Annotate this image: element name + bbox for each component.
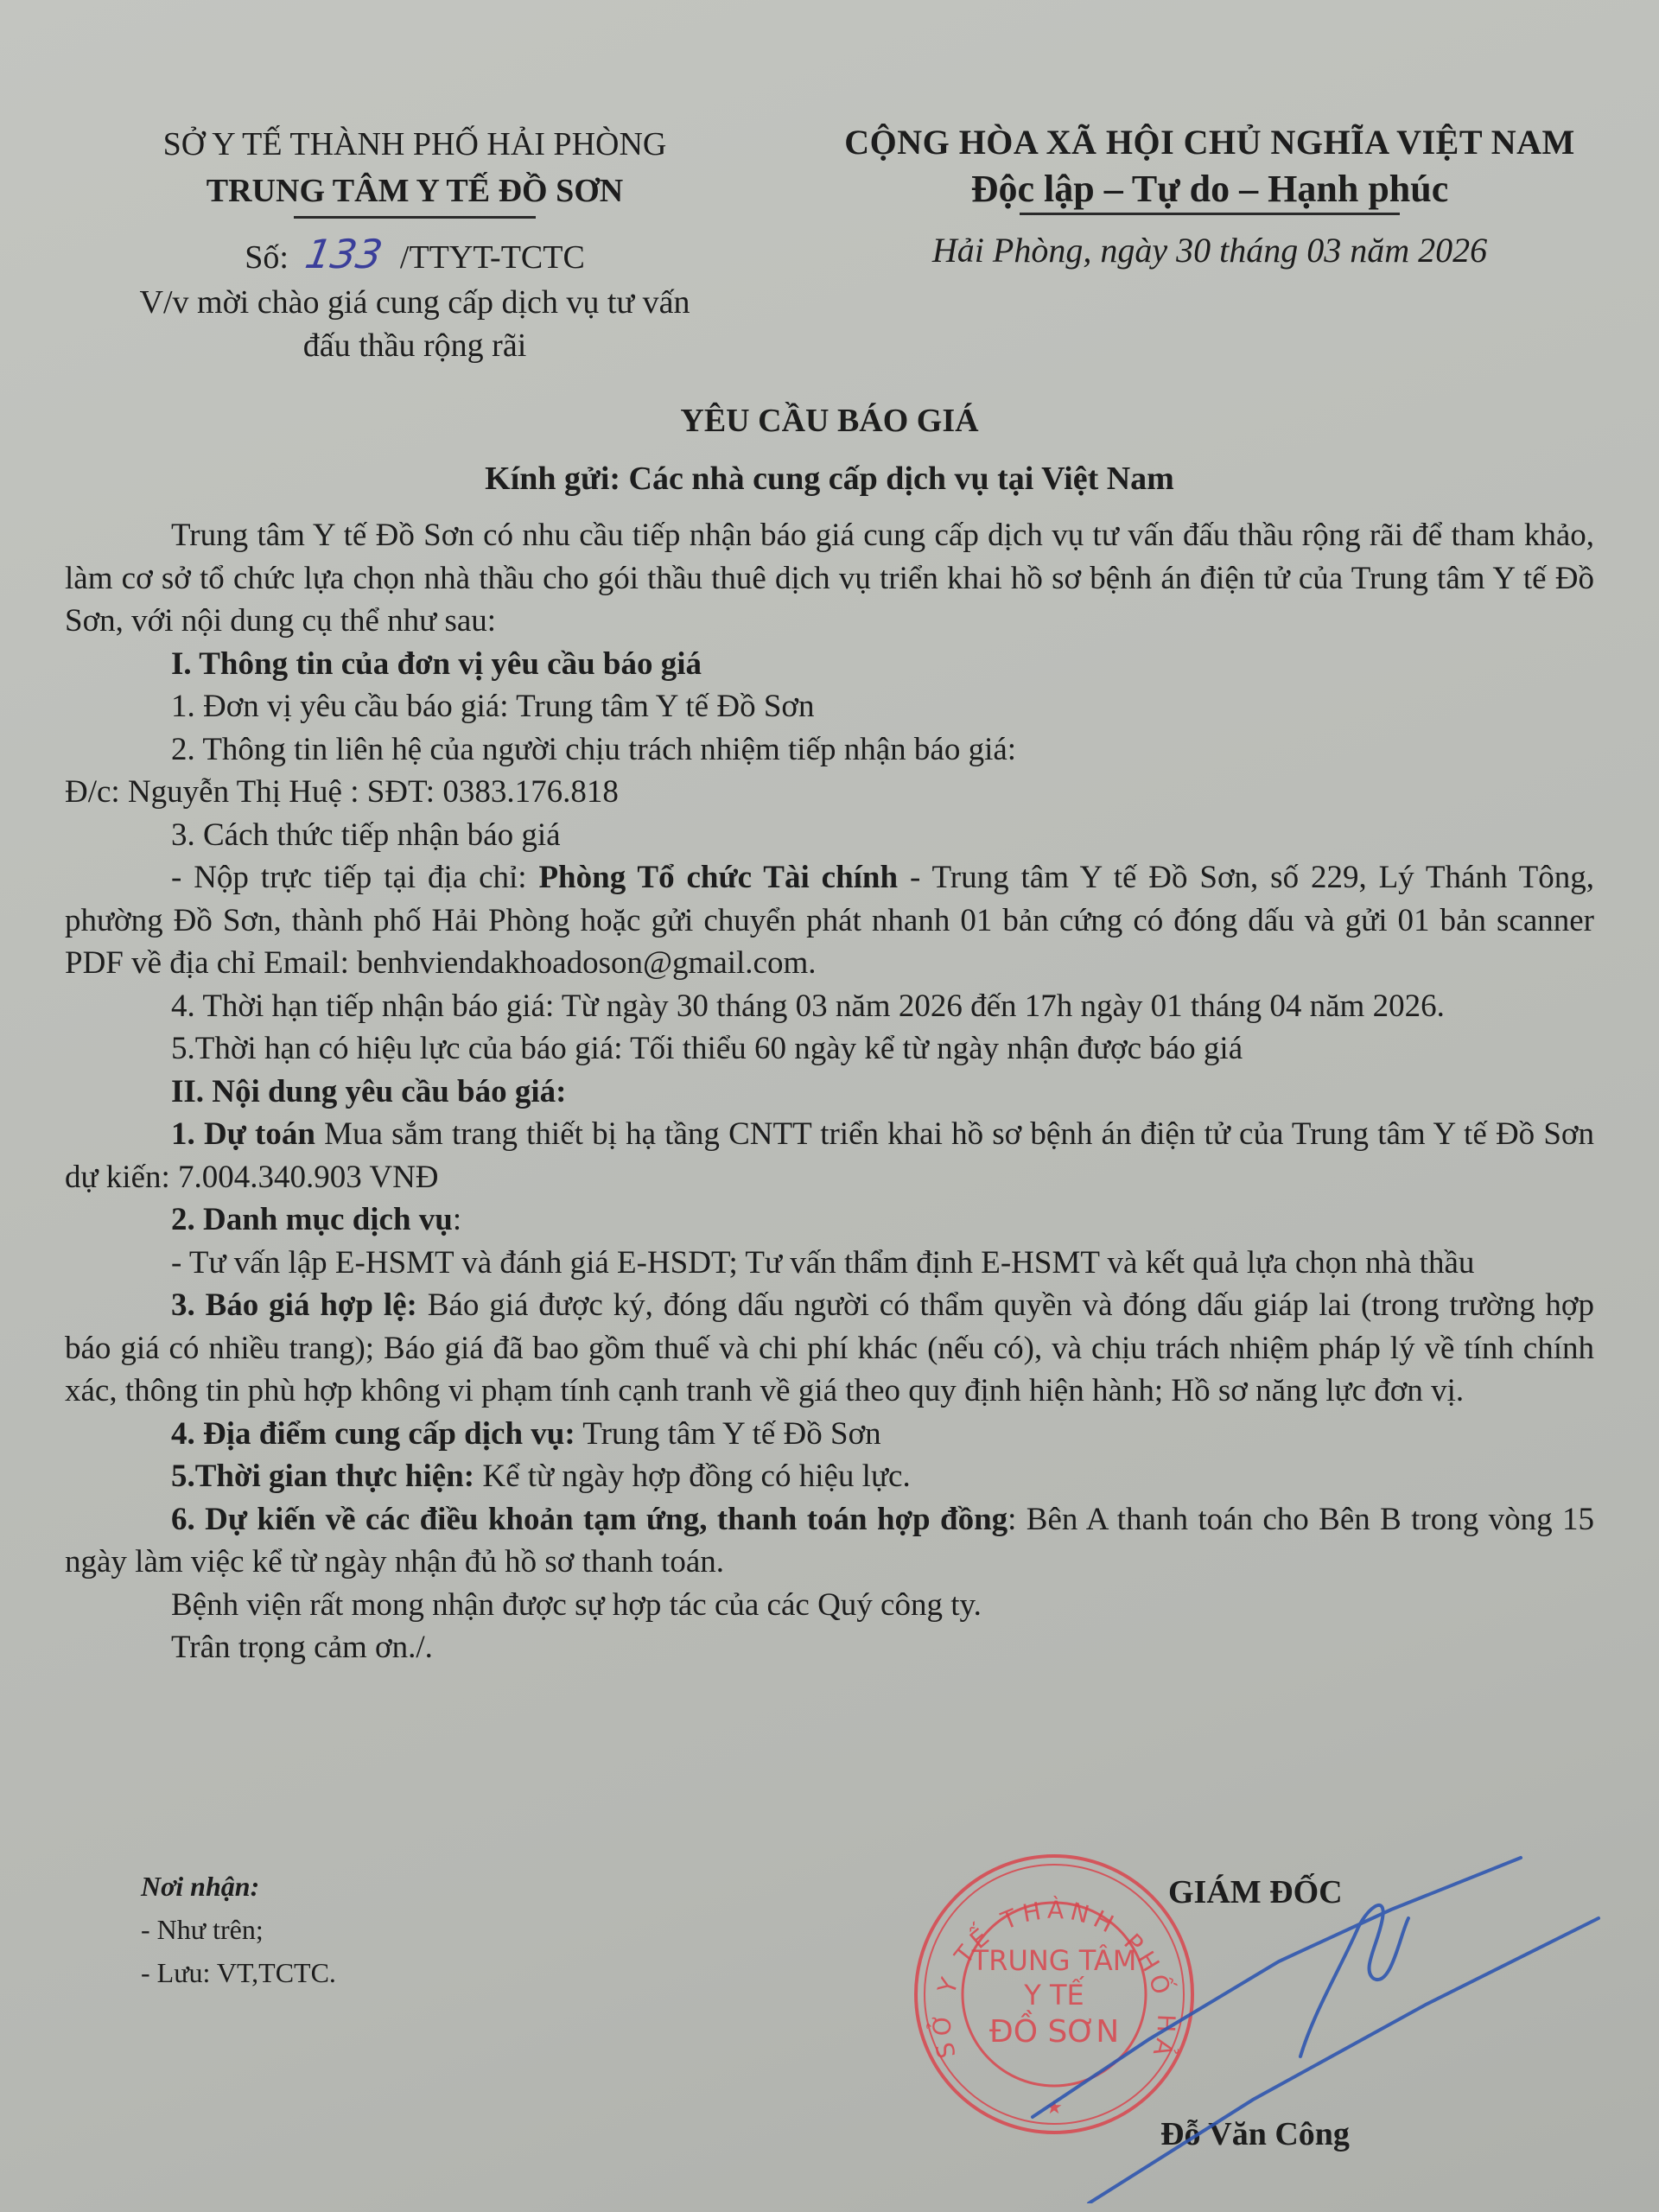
subject-line-2: đấu thầu rộng rãi: [112, 324, 717, 367]
section2-item6: 6. Dự kiến về các điều khoản tạm ứng, th…: [65, 1498, 1594, 1584]
section1-item1: 1. Đơn vị yêu cầu báo giá: Trung tâm Y t…: [65, 685, 1594, 728]
recipients-block: Nơi nhận: - Như trên; - Lưu: VT,TCTC.: [141, 1865, 336, 1994]
item4-label: 4. Địa điểm cung cấp dịch vụ:: [171, 1416, 575, 1452]
motto-underline: [1020, 213, 1400, 215]
document-body: Trung tâm Y tế Đồ Sơn có nhu cầu tiếp nh…: [65, 514, 1594, 1669]
recipients-label: Nơi nhận:: [141, 1865, 336, 1908]
header-right: CỘNG HÒA XÃ HỘI CHỦ NGHĨA VIỆT NAM Độc l…: [778, 119, 1642, 274]
handwritten-number: 133: [293, 231, 397, 277]
organization-name: TRUNG TÂM Y TẾ ĐỒ SƠN: [112, 168, 717, 214]
section2-item3: 3. Báo giá hợp lệ: Báo giá được ký, đóng…: [65, 1284, 1594, 1413]
place-date: Hải Phòng, ngày 30 tháng 03 năm 2026: [778, 227, 1642, 274]
section2-item2: 2. Danh mục dịch vụ:: [65, 1198, 1594, 1242]
section1-item2: 2. Thông tin liên hệ của người chịu trác…: [65, 728, 1594, 772]
department-name: SỞ Y TẾ THÀNH PHỐ HẢI PHÒNG: [112, 121, 717, 168]
item1-label: 1. Dự toán: [171, 1116, 315, 1152]
section1-item5: 5.Thời hạn có hiệu lực của báo giá: Tối …: [65, 1027, 1594, 1071]
section1-item3: 3. Cách thức tiếp nhận báo giá: [65, 814, 1594, 857]
document-number: Số: 133 /TTYT-TCTC: [112, 231, 717, 281]
section1-heading: I. Thông tin của đơn vị yêu cầu báo giá: [65, 643, 1594, 686]
service-list: - Tư vấn lập E-HSMT và đánh giá E-HSDT; …: [65, 1242, 1594, 1285]
handwritten-signature: [994, 1840, 1616, 2203]
item6-label: 6. Dự kiến về các điều khoản tạm ứng, th…: [171, 1502, 1007, 1537]
organization-underline: [294, 216, 536, 219]
document-title: YÊU CẦU BÁO GIÁ: [0, 402, 1659, 440]
recipient-item: - Lưu: VT,TCTC.: [141, 1951, 336, 1994]
item2-colon: :: [453, 1202, 461, 1237]
section2-item1: 1. Dự toán Mua sắm trang thiết bị hạ tần…: [65, 1113, 1594, 1198]
header-left: SỞ Y TẾ THÀNH PHỐ HẢI PHÒNG TRUNG TÂM Y …: [112, 121, 717, 367]
number-label: Số:: [245, 239, 289, 276]
submission-office: Phòng Tổ chức Tài chính: [538, 860, 898, 895]
submission-method: - Nộp trực tiếp tại địa chỉ: Phòng Tổ ch…: [65, 856, 1594, 985]
nation-name: CỘNG HÒA XÃ HỘI CHỦ NGHĨA VIỆT NAM: [778, 119, 1642, 166]
section1-item4: 4. Thời hạn tiếp nhận báo giá: Từ ngày 3…: [65, 985, 1594, 1028]
item3-label: 3. Báo giá hợp lệ:: [171, 1287, 417, 1323]
section2-item4: 4. Địa điểm cung cấp dịch vụ: Trung tâm …: [65, 1413, 1594, 1456]
submission-prefix: - Nộp trực tiếp tại địa chỉ:: [171, 860, 538, 895]
section2-heading: II. Nội dung yêu cầu báo giá:: [65, 1071, 1594, 1114]
intro-paragraph: Trung tâm Y tế Đồ Sơn có nhu cầu tiếp nh…: [65, 514, 1594, 643]
item5-text: Kể từ ngày hợp đồng có hiệu lực.: [474, 1459, 911, 1494]
closing-line-2: Trân trọng cảm ơn./.: [65, 1626, 1594, 1669]
item2-label: 2. Danh mục dịch vụ: [171, 1202, 453, 1237]
contact-line: Đ/c: Nguyễn Thị Huệ : SĐT: 0383.176.818: [65, 771, 1594, 814]
item5-label: 5.Thời gian thực hiện:: [171, 1459, 474, 1494]
closing-line-1: Bệnh viện rất mong nhận được sự hợp tác …: [65, 1584, 1594, 1627]
greeting: Kính gửi: Các nhà cung cấp dịch vụ tại V…: [0, 460, 1659, 498]
subject-line-1: V/v mời chào giá cung cấp dịch vụ tư vấn: [112, 281, 717, 324]
section2-item5: 5.Thời gian thực hiện: Kể từ ngày hợp đồ…: [65, 1455, 1594, 1498]
number-suffix: /TTYT-TCTC: [400, 239, 585, 276]
recipient-item: - Như trên;: [141, 1908, 336, 1951]
national-motto: Độc lập – Tự do – Hạnh phúc: [778, 166, 1642, 213]
item4-text: Trung tâm Y tế Đồ Sơn: [575, 1416, 881, 1452]
